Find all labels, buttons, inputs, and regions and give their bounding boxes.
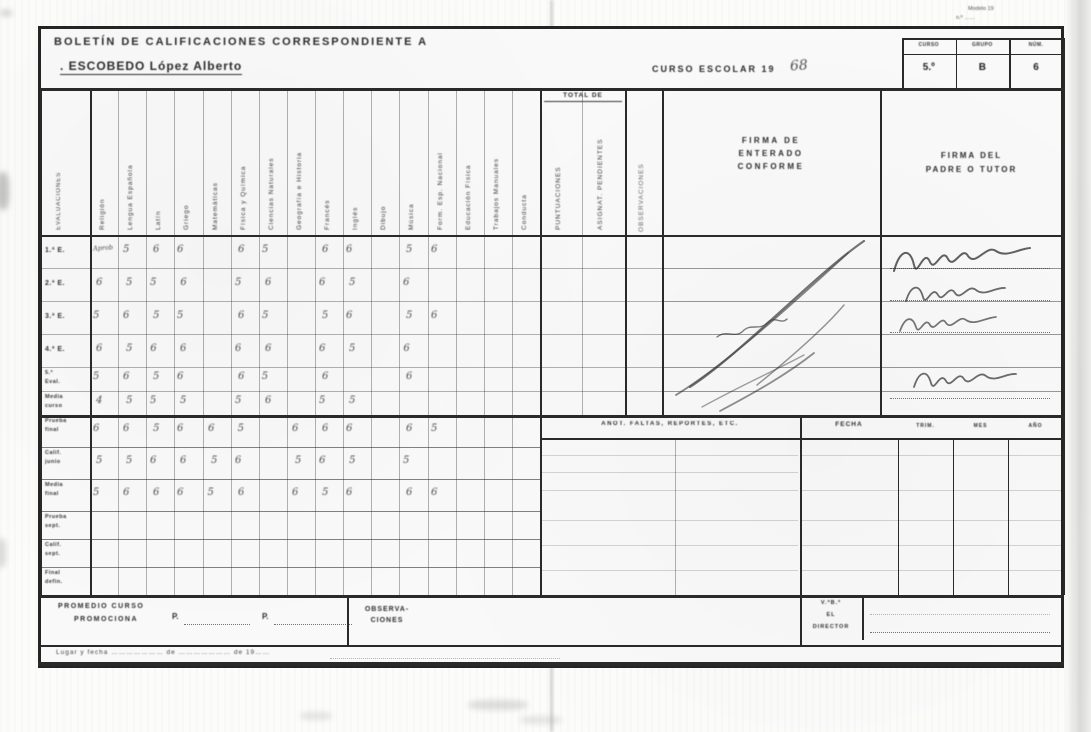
grade-mark: 6: [177, 371, 184, 382]
grade-mark: 5: [262, 371, 268, 382]
visto-bueno-line: V.ºB.º: [802, 600, 860, 606]
grade-mark: 6: [180, 277, 186, 288]
parent-signature-header-line: PADRE O TUTOR: [880, 165, 1063, 174]
grade-mark: 6: [207, 423, 214, 434]
fecha-header: TRIM.: [898, 423, 953, 429]
grade-mark: 5: [153, 309, 160, 320]
grid-line: [802, 520, 1061, 521]
grid-line: [662, 301, 1063, 302]
grade-mark: 5: [126, 342, 133, 353]
scan-smudge: [0, 10, 12, 16]
grid-line: [802, 455, 1061, 456]
grade-mark: 6: [237, 243, 244, 254]
grid-line: [231, 88, 232, 595]
director-rule: [870, 614, 1050, 615]
subject-column-header: Latín: [155, 124, 162, 230]
grid-line: [862, 595, 864, 640]
grid-line: [1008, 438, 1009, 595]
row-label: 5.ª: [45, 370, 53, 376]
grade-mark: 6: [96, 276, 103, 287]
scan-edge-shadow: [1065, 0, 1091, 732]
grade-mark: 6: [346, 423, 353, 434]
subject-column-header: Dibujo: [380, 124, 387, 230]
grade-mark: 6: [153, 487, 160, 498]
grade-mark: 5: [349, 395, 356, 406]
grade-mark: 6: [406, 487, 413, 498]
grid-line: [40, 235, 1063, 237]
grid-line: [40, 539, 540, 540]
grade-mark: 6: [177, 487, 184, 498]
row-label: junio: [45, 459, 61, 465]
header-box-value: B: [956, 62, 1010, 73]
grid-line: [802, 545, 1061, 546]
col-a-header: EVALUACIONES: [56, 105, 62, 230]
grid-line: [542, 472, 798, 473]
grid-line: [456, 88, 457, 595]
grade-mark: 5: [234, 395, 241, 406]
grade-mark: 5: [208, 487, 214, 498]
teacher-signature-scribble: [676, 241, 864, 411]
signature-rule: [890, 332, 1050, 333]
grade-mark: 6: [264, 276, 271, 287]
grade-mark: 5: [96, 455, 102, 466]
grid-line: [662, 391, 1063, 392]
grid-line: [40, 511, 540, 512]
fecha-header: AÑO: [1008, 423, 1063, 429]
subject-column-header: Educación Física: [465, 118, 472, 230]
row-label: sept.: [45, 523, 60, 529]
subject-column-header: Geografía e Historia: [296, 130, 303, 230]
grade-mark: 6: [430, 309, 437, 320]
scan-smudge: [300, 712, 332, 720]
grid-line: [118, 88, 119, 595]
row-label: Media: [45, 482, 63, 488]
grid-line: [582, 88, 583, 415]
row-label: Prueba: [45, 418, 67, 424]
teacher-signature-header: FIRMA DEENTERADOCONFORME: [662, 132, 880, 175]
row-label: final: [45, 427, 59, 433]
observaciones-col-header: OBSERVACIONES: [638, 110, 645, 232]
grade-mark: 6: [180, 455, 187, 466]
grade-mark: 6: [265, 342, 272, 353]
place-date-rule: [330, 658, 560, 659]
grid-line: [40, 88, 42, 595]
grade-mark: 5: [93, 371, 100, 382]
grade-mark: 6: [403, 343, 409, 354]
teacher-signature-header-line: FIRMA DE: [662, 136, 880, 145]
grade-mark: 6: [319, 276, 326, 287]
school-year-handwritten: 68: [789, 57, 808, 74]
grade-mark: 6: [265, 395, 272, 406]
teacher-signature-header-line: ENTERADO: [662, 149, 880, 158]
grade-mark: 5: [180, 395, 187, 406]
promedio-label: PROMEDIO CURSO: [58, 603, 144, 610]
grade-mark: 6: [237, 487, 244, 498]
p1-label: P.: [172, 612, 179, 621]
grid-line: [898, 438, 899, 595]
grade-mark: 5: [238, 423, 244, 434]
grade-mark: 5: [177, 309, 184, 320]
row-label: Prueba: [45, 514, 67, 520]
grid-line: [343, 88, 344, 595]
observaciones-label-line: OBSERVA-: [352, 606, 422, 613]
grade-mark: 5: [153, 423, 160, 434]
grid-line: [542, 490, 798, 491]
row-label: sept.: [45, 551, 60, 557]
header-box-value: 5.º: [902, 62, 956, 73]
subject-column-header: Griego: [183, 130, 190, 230]
grade-mark: 5: [295, 455, 302, 466]
grid-line: [675, 438, 676, 595]
observaciones-label-line: CIONES: [352, 617, 422, 624]
grade-mark: 6: [234, 342, 241, 353]
grade-mark: 5: [262, 243, 269, 254]
student-name: . ESCOBEDO López Alberto: [60, 59, 242, 75]
header-box-label: GRUPO: [956, 42, 1010, 48]
grade-mark: 5: [235, 276, 242, 287]
scanned-report-card: Modelo 19 n.º …… BOLETÍN DE CALIFICACION…: [0, 0, 1091, 732]
grade-mark: 6: [322, 423, 329, 434]
grade-mark: 5: [150, 276, 157, 287]
grid-line: [902, 38, 1063, 40]
grid-line: [662, 334, 1063, 335]
grid-line: [40, 479, 540, 480]
form-model-number: Modelo 19: [968, 6, 994, 12]
form-serial-number: n.º ……: [956, 15, 975, 21]
row-label: Eval.: [45, 379, 60, 385]
signatures-area: [662, 235, 1063, 415]
header-box-label: CURSO: [902, 42, 956, 48]
scan-smudge: [0, 538, 6, 568]
fecha-header: FECHA: [800, 421, 898, 428]
grid-line: [542, 455, 798, 456]
grade-mark: 6: [319, 455, 326, 466]
visto-bueno-line: DIRECTOR: [802, 624, 860, 630]
grade-mark: 6: [123, 423, 130, 434]
scan-smudge: [0, 172, 9, 210]
fecha-header: MES: [953, 423, 1008, 429]
grid-line: [40, 645, 1063, 647]
teacher-signature-header-line: CONFORME: [662, 162, 880, 171]
grid-line: [953, 438, 954, 595]
grade-mark: 5: [126, 276, 133, 287]
grid-line: [800, 415, 802, 645]
grade-mark: 4: [96, 395, 103, 406]
grid-line: [315, 88, 316, 595]
grid-line: [662, 268, 1063, 269]
grid-line: [399, 88, 400, 595]
grade-mark: 6: [319, 342, 326, 353]
grade-mark: 6: [234, 455, 241, 466]
visto-bueno-line: EL: [802, 612, 860, 618]
grade-mark: 6: [177, 423, 184, 434]
grade-mark: 6: [292, 423, 299, 434]
row-label: Calif.: [45, 542, 61, 548]
place-date-line: Lugar y fecha ………………… de ………………… de 19……: [56, 649, 270, 656]
scan-smudge: [520, 716, 562, 724]
row-label: 3.ª E.: [45, 313, 65, 320]
grade-mark: 5: [319, 395, 326, 406]
grade-mark: 5: [349, 276, 356, 287]
grade-mark: 6: [153, 243, 160, 254]
grade-mark: 6: [150, 343, 156, 354]
grade-mark: 5: [261, 309, 268, 320]
grade-mark: 6: [180, 342, 187, 353]
grid-line: [880, 88, 882, 415]
parent-signature-header-line: FIRMA DEL: [880, 151, 1063, 160]
grid-line: [38, 662, 1064, 666]
grade-mark: 5: [153, 371, 160, 382]
grade-mark: 6: [123, 309, 130, 320]
grade-mark: 5: [403, 455, 410, 466]
grid-line: [428, 88, 429, 595]
row-label: 4.ª E.: [45, 346, 65, 353]
grade-mark: 6: [237, 371, 244, 382]
grade-mark: 5: [406, 309, 413, 320]
grade-mark: 6: [406, 423, 413, 434]
grade-mark: 5: [126, 395, 132, 406]
grade-mark: 6: [403, 276, 410, 287]
scan-smudge: [468, 700, 528, 710]
signature-rule: [890, 398, 1050, 399]
grade-mark: 5: [349, 455, 355, 466]
parent-signature-header: FIRMA DELPADRE O TUTOR: [880, 146, 1063, 179]
grade-mark: 5: [430, 423, 437, 434]
subject-column-header: Form. Esp. Nacional: [437, 112, 444, 230]
subject-column-header: Matemáticas: [212, 112, 219, 230]
grade-mark: 6: [238, 309, 245, 320]
grade-mark: 6: [430, 243, 437, 254]
row-label: Calif.: [45, 450, 61, 456]
p1-blank: [184, 624, 250, 625]
grade-mark: 5: [150, 395, 157, 406]
grade-mark: 6: [123, 487, 130, 498]
grid-line: [40, 567, 540, 568]
grade-mark: 6: [346, 487, 353, 498]
total-col-header: ASIGNAT. PENDIENTES: [597, 112, 604, 230]
row-label: Media: [45, 394, 63, 400]
grid-line: [542, 545, 798, 546]
grid-line: [802, 490, 1061, 491]
grid-line: [802, 570, 1061, 571]
grade-mark: Aprob: [93, 243, 114, 252]
grid-line: [371, 88, 372, 595]
grade-mark: 6: [96, 342, 103, 353]
grade-mark: 5: [210, 455, 217, 466]
grid-line: [542, 520, 798, 521]
grade-mark: 5: [123, 243, 130, 254]
row-label: Final: [45, 570, 60, 576]
school-year-label: CURSO ESCOLAR 19: [652, 64, 776, 74]
grid-line: [484, 88, 485, 595]
grid-line: [662, 367, 1063, 368]
grade-mark: 5: [322, 487, 329, 498]
grade-mark: 5: [93, 487, 100, 498]
subject-column-header: Música: [408, 130, 415, 230]
grid-line: [902, 54, 1063, 55]
grade-mark: 5: [406, 243, 413, 254]
row-label: curso: [45, 403, 62, 409]
p2-label: P.: [262, 612, 269, 621]
grid-line: [625, 88, 627, 415]
grade-mark: 6: [406, 371, 413, 382]
subject-column-header: Francés: [324, 112, 331, 230]
row-label: 2.ª E.: [45, 280, 65, 287]
grade-mark: 5: [349, 342, 356, 353]
grade-mark: 6: [322, 371, 329, 382]
promociona-label: PROMOCIONA: [74, 616, 138, 623]
grid-line: [540, 88, 542, 595]
subject-column-header: Religión: [99, 112, 106, 230]
grid-line: [40, 88, 1063, 91]
grid-line: [40, 415, 1063, 418]
subject-column-header: Física y Química: [240, 118, 247, 230]
grid-line: [259, 88, 260, 595]
total-col-header: PUNTUACIONES: [555, 112, 562, 230]
grade-mark: 6: [322, 244, 328, 255]
grade-mark: 5: [126, 455, 133, 466]
grade-mark: 6: [346, 309, 353, 320]
p2-blank: [274, 624, 352, 625]
grid-line: [90, 88, 92, 595]
grid-line: [40, 595, 1063, 598]
grid-line: [287, 88, 288, 595]
header-box-label: NÚM.: [1009, 42, 1063, 48]
grade-mark: 5: [93, 309, 100, 320]
grade-mark: 6: [346, 243, 353, 254]
director-signature-rule: [870, 632, 1050, 633]
grade-mark: 5: [322, 309, 329, 320]
row-label: 1.ª E.: [45, 247, 65, 254]
grid-line: [542, 570, 798, 571]
subject-column-header: Trabajos Manuales: [493, 124, 500, 230]
grid-line: [203, 88, 204, 595]
grid-line: [146, 88, 147, 595]
grid-line: [1063, 38, 1065, 88]
row-label: final: [45, 491, 59, 497]
subject-column-header: Inglés: [352, 118, 359, 230]
bulletin-title: BOLETÍN DE CALIFICACIONES CORRESPONDIENT…: [54, 36, 428, 48]
subject-column-header: Lengua Española: [127, 118, 134, 230]
grid-line: [512, 88, 513, 595]
header-box-value: 6: [1009, 62, 1063, 73]
grid-line: [800, 438, 1063, 440]
row-label: defin.: [45, 579, 63, 585]
subject-column-header: Conducta: [521, 130, 528, 230]
grade-mark: 6: [150, 455, 157, 466]
grid-line: [662, 88, 664, 415]
subject-column-header: Ciencias Naturales: [268, 124, 275, 230]
grade-mark: 6: [292, 487, 299, 498]
faltas-box-title: ANOT. FALTAS, REPORTES, ETC.: [540, 421, 800, 427]
grade-mark: 6: [123, 371, 130, 382]
grade-mark: 6: [430, 487, 437, 498]
grid-line: [1063, 88, 1065, 595]
grade-mark: 6: [93, 423, 100, 434]
grid-line: [40, 447, 540, 448]
total-de-header: TOTAL DE: [544, 92, 622, 102]
grid-line: [540, 438, 800, 440]
grade-mark: 6: [177, 243, 184, 254]
grid-line: [174, 88, 175, 595]
grid-line: [347, 595, 349, 645]
